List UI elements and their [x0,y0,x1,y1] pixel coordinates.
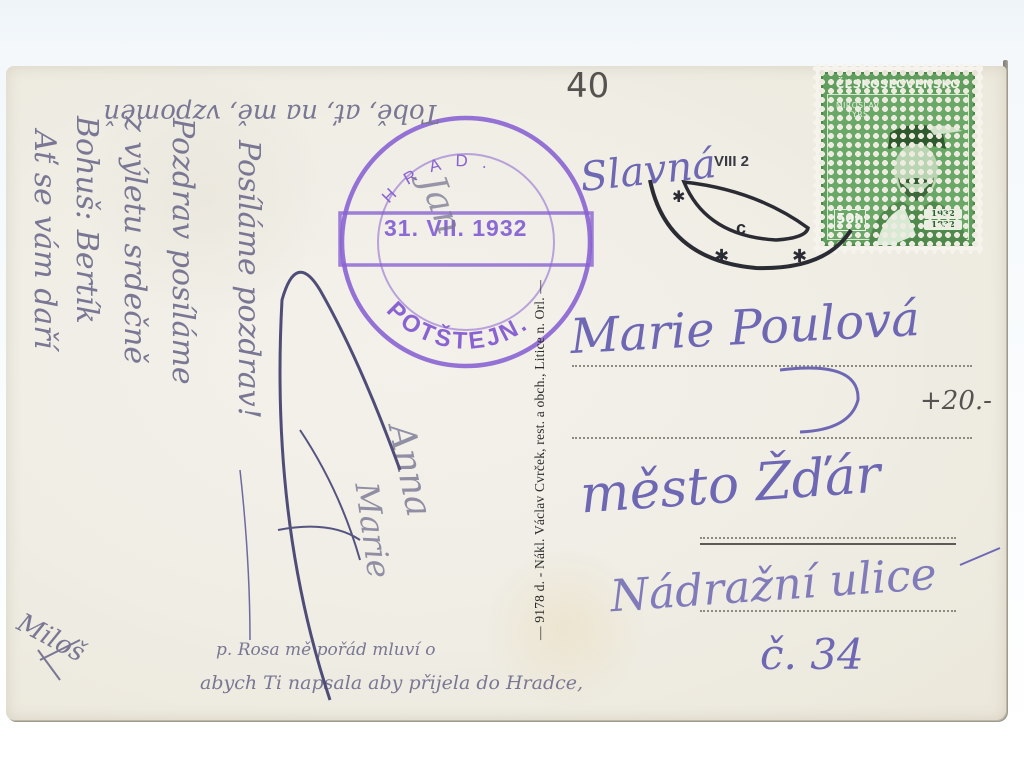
message-line-2: Pozdrav posíláme [165,118,200,385]
postmark-rings: HRAD. POTŠTEJN. [334,115,598,369]
svg-text:c: c [736,218,746,238]
svg-text:✱: ✱ [792,246,807,267]
svg-text:VIII 2: VIII 2 [714,153,749,170]
svg-text:POTŠTEJN.: POTŠTEJN. [381,296,533,355]
svg-text:✱: ✱ [714,246,729,267]
pencil-note-top: 40 [566,66,609,106]
message-line-4: Bohuš: Bertík [69,116,104,324]
message-line-3: z výletu srdečně [117,116,152,364]
address-underline [700,543,956,545]
side-note: +20.- [920,386,992,416]
stamp-country: ČESKOSLOVENSKO [823,77,973,91]
postmark-date: 31. VII. 1932 [384,215,584,242]
black-cancellation-postmark: VIII 2 c ✱ ✱ ✱ [636,110,866,280]
address-line-3 [700,537,956,539]
address-line-2 [572,437,972,439]
purple-postmark: HRAD. POTŠTEJN. 31. VII. 1932 [334,115,598,369]
stamp-years: 1932 1832 [924,208,962,231]
message-bottom-line-1: p. Rosa mě pořád mluví o [216,640,435,660]
message-line-1: Posíláme pozdrav! [231,140,266,419]
message-bottom-line-2: abych Ti napsala aby přijela do Hradce, [200,672,583,694]
address-number: č. 34 [760,630,864,679]
message-top-upside-down: Tobě, ať, na mě, vzpomeň [103,98,440,128]
address-line-1 [572,365,972,367]
message-line-5: Ať se vám daří [27,130,62,349]
publisher-imprint: — 9178 d. - Nákl. Václav Cvrček, rest. a… [532,280,548,640]
